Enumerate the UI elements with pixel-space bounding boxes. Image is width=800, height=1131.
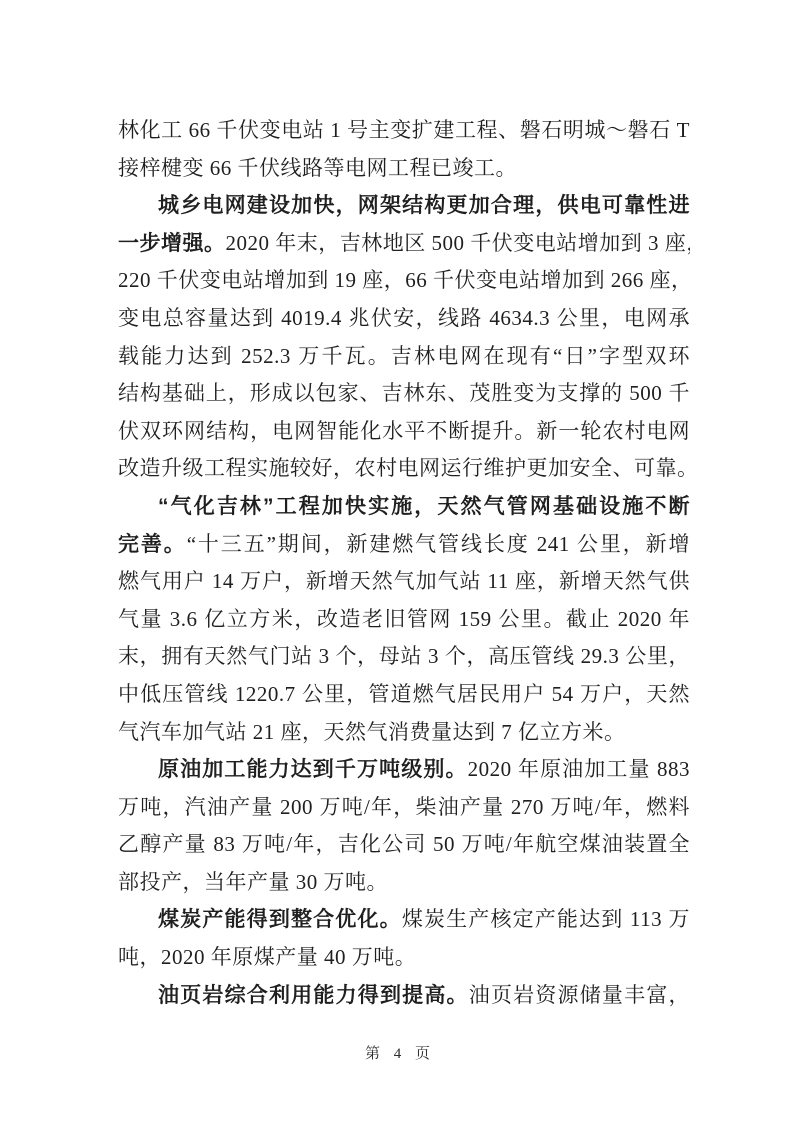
text-line: 中低压管线 1220.7 公里，管道燃气居民用户 54 万户，天然 — [118, 676, 690, 714]
text-run: 乙醇产量 83 万吨/年，吉化公司 50 万吨/年航空煤油装置全 — [118, 832, 690, 856]
text-line: 气量 3.6 亿立方米，改造老旧管网 159 公里。截止 2020 年 — [118, 601, 690, 639]
text-line: 一步增强。2020 年末，吉林地区 500 千伏变电站增加到 3 座， — [118, 225, 690, 263]
document-page: 林化工 66 千伏变电站 1 号主变扩建工程、磐石明城～磐石 T接梓楗变 66 … — [0, 0, 800, 1131]
text-line: 乙醇产量 83 万吨/年，吉化公司 50 万吨/年航空煤油装置全 — [118, 826, 690, 864]
text-line: 变电总容量达到 4019.4 兆伏安，线路 4634.3 公里，电网承 — [118, 300, 690, 338]
text-line: “气化吉林”工程加快实施，天然气管网基础设施不断 — [118, 488, 690, 526]
bold-text-run: 完善。 — [118, 533, 187, 556]
text-line: 林化工 66 千伏变电站 1 号主变扩建工程、磐石明城～磐石 T — [118, 112, 690, 150]
text-run: 中低压管线 1220.7 公里，管道燃气居民用户 54 万户，天然 — [118, 682, 690, 706]
text-line: 完善。“十三五”期间，新建燃气管线长度 241 公里，新增 — [118, 526, 690, 564]
text-run: 220 千伏变电站增加到 19 座，66 千伏变电站增加到 266 座， — [118, 268, 690, 292]
text-run: 接梓楗变 66 千伏线路等电网工程已竣工。 — [118, 156, 517, 180]
text-line: 油页岩综合利用能力得到提高。油页岩资源储量丰富， — [118, 977, 690, 1015]
text-run: 万吨，汽油产量 200 万吨/年，柴油产量 270 万吨/年，燃料 — [118, 795, 690, 819]
text-line: 万吨，汽油产量 200 万吨/年，柴油产量 270 万吨/年，燃料 — [118, 789, 690, 827]
paragraph-2: 城乡电网建设加快，网架结构更加合理，供电可靠性进一步增强。2020 年末，吉林地… — [118, 187, 690, 488]
text-run: 林化工 66 千伏变电站 1 号主变扩建工程、磐石明城～磐石 T — [118, 118, 690, 142]
text-run: “十三五”期间，新建燃气管线长度 241 公里，新增 — [187, 532, 690, 556]
text-run: 变电总容量达到 4019.4 兆伏安，线路 4634.3 公里，电网承 — [118, 306, 690, 330]
paragraph-5: 煤炭产能得到整合优化。煤炭生产核定产能达到 113 万吨，2020 年原煤产量 … — [118, 901, 690, 976]
bold-text-run: 油页岩综合利用能力得到提高。 — [158, 984, 469, 1007]
text-line: 气汽车加气站 21 座，天然气消费量达到 7 亿立方米。 — [118, 714, 690, 752]
paragraph-6: 油页岩综合利用能力得到提高。油页岩资源储量丰富， — [118, 977, 690, 1015]
paragraph-3: “气化吉林”工程加快实施，天然气管网基础设施不断完善。“十三五”期间，新建燃气管… — [118, 488, 690, 751]
text-line: 部投产，当年产量 30 万吨。 — [118, 864, 690, 902]
text-run: 部投产，当年产量 30 万吨。 — [118, 870, 388, 894]
bold-text-run: 城乡电网建设加快，网架结构更加合理，供电可靠性进 — [158, 194, 690, 217]
text-line: 吨，2020 年原煤产量 40 万吨。 — [118, 939, 690, 977]
text-line: 结构基础上，形成以包家、吉林东、茂胜变为支撑的 500 千 — [118, 375, 690, 413]
bold-text-run: 原油加工能力达到千万吨级别。 — [158, 758, 468, 781]
text-line: 改造升级工程实施较好，农村电网运行维护更加安全、可靠。 — [118, 450, 690, 488]
text-run: 2020 年原油加工量 883 — [468, 757, 690, 781]
text-line: 燃气用户 14 万户，新增天然气加气站 11 座，新增天然气供 — [118, 563, 690, 601]
paragraph-1: 林化工 66 千伏变电站 1 号主变扩建工程、磐石明城～磐石 T接梓楗变 66 … — [118, 112, 690, 187]
text-line: 载能力达到 252.3 万千瓦。吉林电网在现有“日”字型双环 — [118, 338, 690, 376]
text-line: 接梓楗变 66 千伏线路等电网工程已竣工。 — [118, 150, 690, 188]
document-body: 林化工 66 千伏变电站 1 号主变扩建工程、磐石明城～磐石 T接梓楗变 66 … — [118, 112, 690, 1014]
text-line: 煤炭产能得到整合优化。煤炭生产核定产能达到 113 万 — [118, 901, 690, 939]
text-run: 改造升级工程实施较好，农村电网运行维护更加安全、可靠。 — [118, 456, 690, 480]
text-run: 煤炭生产核定产能达到 113 万 — [402, 907, 690, 931]
text-line: 末，拥有天然气门站 3 个，母站 3 个，高压管线 29.3 公里， — [118, 638, 690, 676]
text-run: 伏双环网结构，电网智能化水平不断提升。新一轮农村电网 — [118, 419, 690, 443]
text-line: 220 千伏变电站增加到 19 座，66 千伏变电站增加到 266 座， — [118, 262, 690, 300]
text-run: 燃气用户 14 万户，新增天然气加气站 11 座，新增天然气供 — [118, 569, 690, 593]
text-run: 气量 3.6 亿立方米，改造老旧管网 159 公里。截止 2020 年 — [118, 607, 690, 631]
page-number: 第 4 页 — [0, 1042, 800, 1063]
text-run: 2020 年末，吉林地区 500 千伏变电站增加到 3 座， — [226, 231, 691, 255]
paragraph-4: 原油加工能力达到千万吨级别。2020 年原油加工量 883万吨，汽油产量 200… — [118, 751, 690, 901]
text-run: 载能力达到 252.3 万千瓦。吉林电网在现有“日”字型双环 — [118, 344, 690, 368]
text-run: 油页岩资源储量丰富， — [469, 983, 690, 1007]
bold-text-run: 一步增强。 — [118, 232, 226, 255]
bold-text-run: “气化吉林”工程加快实施，天然气管网基础设施不断 — [158, 495, 690, 518]
text-run: 结构基础上，形成以包家、吉林东、茂胜变为支撑的 500 千 — [118, 381, 690, 405]
text-line: 伏双环网结构，电网智能化水平不断提升。新一轮农村电网 — [118, 413, 690, 451]
text-line: 原油加工能力达到千万吨级别。2020 年原油加工量 883 — [118, 751, 690, 789]
text-run: 末，拥有天然气门站 3 个，母站 3 个，高压管线 29.3 公里， — [118, 644, 690, 668]
text-line: 城乡电网建设加快，网架结构更加合理，供电可靠性进 — [118, 187, 690, 225]
text-run: 吨，2020 年原煤产量 40 万吨。 — [118, 945, 416, 969]
bold-text-run: 煤炭产能得到整合优化。 — [158, 908, 402, 931]
text-run: 气汽车加气站 21 座，天然气消费量达到 7 亿立方米。 — [118, 720, 626, 744]
